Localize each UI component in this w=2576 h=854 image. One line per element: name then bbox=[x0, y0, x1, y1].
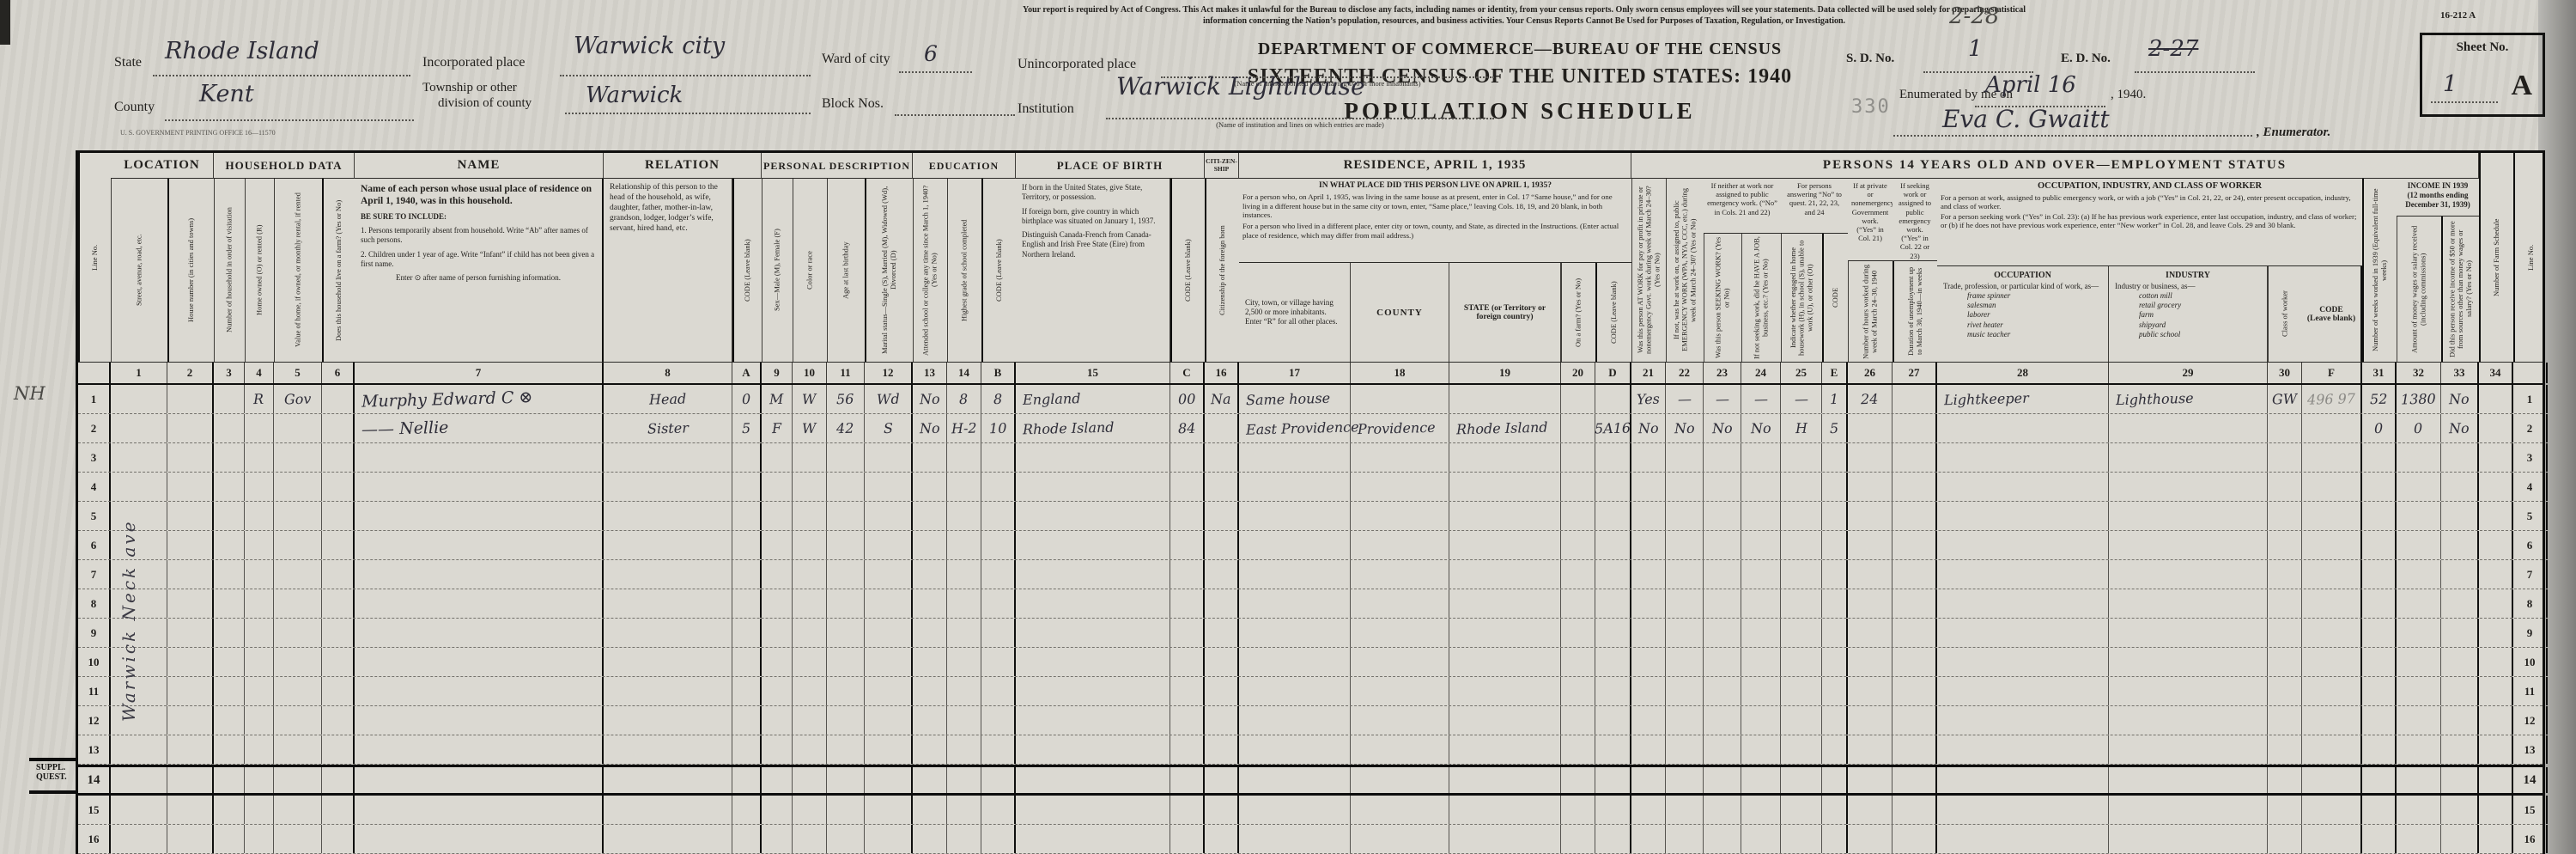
cell-cC-row1: 00 bbox=[1170, 385, 1205, 413]
cell-c34-row12 bbox=[2479, 706, 2513, 735]
col-header-line-no-right: Line No. bbox=[2513, 153, 2548, 362]
col-number-c12: 12 bbox=[865, 363, 913, 383]
cell-cA-row13 bbox=[732, 735, 762, 764]
cell-c22-row9 bbox=[1666, 619, 1704, 647]
col-number-c10: 10 bbox=[793, 363, 827, 383]
cell-cC-row14 bbox=[1170, 767, 1205, 793]
cell-c15-row13 bbox=[1016, 735, 1170, 764]
cell-c29-row4 bbox=[2109, 473, 2268, 501]
cell-lineL-row5: 5 bbox=[78, 502, 111, 530]
cell-cB-row2: 10 bbox=[981, 414, 1016, 442]
cell-c27-row10 bbox=[1893, 648, 1937, 676]
cell-c30-row6 bbox=[2268, 531, 2302, 559]
cell-c4-row3 bbox=[245, 443, 274, 472]
cell-c23-row5 bbox=[1704, 502, 1741, 530]
cell-c4-row11 bbox=[245, 677, 274, 705]
name-instructions-2: BE SURE TO INCLUDE: bbox=[361, 212, 596, 222]
cell-lineR-row9: 9 bbox=[2513, 619, 2548, 647]
cell-c15-row6 bbox=[1016, 531, 1170, 559]
cell-c28-row14 bbox=[1937, 767, 2109, 793]
cell-c8-row7 bbox=[604, 560, 732, 589]
name-instructions-3: 1. Persons temporarily absent from house… bbox=[361, 226, 596, 246]
cell-cA-row1: 0 bbox=[732, 385, 762, 413]
group-citizenship: CITI-ZEN-SHIP Citizenship of the foreign… bbox=[1205, 153, 1239, 362]
cell-c19-row13 bbox=[1449, 735, 1561, 764]
group-location-title: LOCATION bbox=[111, 153, 214, 179]
cell-c7-row16 bbox=[355, 825, 604, 853]
cell-c11-row3 bbox=[827, 443, 865, 472]
cell-c9-row2: F bbox=[762, 414, 793, 442]
cell-c31-row15 bbox=[2362, 796, 2397, 824]
cell-c12-row5 bbox=[865, 502, 913, 530]
cell-c13-row9 bbox=[913, 619, 947, 647]
cell-c31-row7 bbox=[2362, 560, 2397, 589]
col-number-c4: 4 bbox=[245, 363, 274, 383]
cell-c20-row12 bbox=[1561, 706, 1595, 735]
cell-cA-row5 bbox=[732, 502, 762, 530]
group-citizenship-title: CITI-ZEN-SHIP bbox=[1205, 153, 1239, 179]
cell-c9-row10 bbox=[762, 648, 793, 676]
cell-c16-row9 bbox=[1205, 619, 1239, 647]
cell-c30-row7 bbox=[2268, 560, 2302, 589]
col-header-county-1935: COUNTY bbox=[1351, 263, 1449, 362]
cell-c32-row5 bbox=[2397, 502, 2441, 530]
cell-c2-row16 bbox=[167, 825, 214, 853]
cell-lineR-row11: 11 bbox=[2513, 677, 2548, 705]
cell-c22-row10 bbox=[1666, 648, 1704, 676]
cell-lineL-row15: 15 bbox=[78, 796, 111, 824]
col-header-weeks-worked: Number of weeks worked in 1939 (Equivale… bbox=[2362, 179, 2397, 362]
col-header-other-income: Did this person receive income of $50 or… bbox=[2441, 217, 2479, 362]
cell-c7-row13 bbox=[355, 735, 604, 764]
cell-c7-row2: —— Nellie bbox=[355, 414, 604, 442]
cell-c10-row8 bbox=[793, 589, 827, 618]
cell-c6-row12 bbox=[322, 706, 355, 735]
cell-c27-row9 bbox=[1893, 619, 1937, 647]
cell-cF-row16 bbox=[2302, 825, 2362, 853]
cell-cD-row16 bbox=[1595, 825, 1631, 853]
township-label-2: division of county bbox=[438, 96, 532, 111]
cell-cC-row16 bbox=[1170, 825, 1205, 853]
cell-c12-row10 bbox=[865, 648, 913, 676]
cell-cB-row12 bbox=[981, 706, 1016, 735]
cell-lineL-row4: 4 bbox=[78, 473, 111, 501]
cell-c20-row5 bbox=[1561, 502, 1595, 530]
group-relation: RELATION Relationship of this person to … bbox=[604, 153, 762, 362]
col-header-street: Street, avenue, road, etc. bbox=[111, 179, 167, 362]
cell-c15-row10 bbox=[1016, 648, 1170, 676]
sheet-no-label: Sheet No. bbox=[2422, 40, 2543, 55]
cell-c7-row14 bbox=[355, 767, 604, 793]
cell-c10-row6 bbox=[793, 531, 827, 559]
col-header-code-f: CODE (Leave blank) bbox=[2302, 266, 2362, 362]
cell-c30-row16 bbox=[2268, 825, 2302, 853]
cell-cB-row10 bbox=[981, 648, 1016, 676]
cell-c21-row10 bbox=[1631, 648, 1666, 676]
cell-c20-row16 bbox=[1561, 825, 1595, 853]
cell-cC-row12 bbox=[1170, 706, 1205, 735]
cell-c6-row2 bbox=[322, 414, 355, 442]
cell-cC-row6 bbox=[1170, 531, 1205, 559]
cell-c13-row6 bbox=[913, 531, 947, 559]
cell-c4-row16 bbox=[245, 825, 274, 853]
cell-cD-row12 bbox=[1595, 706, 1631, 735]
cell-c23-row1: — bbox=[1704, 385, 1741, 413]
cell-c5-row9 bbox=[274, 619, 322, 647]
cell-lineL-row7: 7 bbox=[78, 560, 111, 589]
cell-c10-row1: W bbox=[793, 385, 827, 413]
cell-c5-row6 bbox=[274, 531, 322, 559]
cell-c7-row3 bbox=[355, 443, 604, 472]
cell-c13-row10 bbox=[913, 648, 947, 676]
cell-c27-row11 bbox=[1893, 677, 1937, 705]
cell-c13-row15 bbox=[913, 796, 947, 824]
cell-c25-row5 bbox=[1781, 502, 1822, 530]
cell-c26-row10 bbox=[1848, 648, 1893, 676]
col-header-city-1935: City, town, or village having 2,500 or m… bbox=[1239, 263, 1351, 362]
cell-c27-row1 bbox=[1893, 385, 1937, 413]
state-line bbox=[153, 74, 410, 76]
cell-c10-row9 bbox=[793, 619, 827, 647]
cell-c20-row3 bbox=[1561, 443, 1595, 472]
cell-c22-row15 bbox=[1666, 796, 1704, 824]
birthplace-instructions-1: If born in the United States, give State… bbox=[1022, 183, 1163, 203]
cell-c27-row4 bbox=[1893, 473, 1937, 501]
col-number-c31: 31 bbox=[2362, 363, 2397, 383]
cell-c29-row15 bbox=[2109, 796, 2268, 824]
cell-c7-row9 bbox=[355, 619, 604, 647]
cell-c18-row14 bbox=[1351, 767, 1449, 793]
cell-c24-row6 bbox=[1741, 531, 1781, 559]
cell-lineL-row1: 1 bbox=[78, 385, 111, 413]
cell-c32-row1: 1380 bbox=[2397, 385, 2441, 413]
cell-c6-row9 bbox=[322, 619, 355, 647]
cell-c6-row15 bbox=[322, 796, 355, 824]
cell-c14-row5 bbox=[947, 502, 981, 530]
cell-c10-row7 bbox=[793, 560, 827, 589]
cell-cB-row4 bbox=[981, 473, 1016, 501]
cell-c10-row14 bbox=[793, 767, 827, 793]
col-header-marital-status: Marital status—Single (S), Married (M), … bbox=[865, 179, 913, 362]
department-title: DEPARTMENT OF COMMERCE—BUREAU OF THE CEN… bbox=[1245, 40, 1795, 59]
cell-lineR-row12: 12 bbox=[2513, 706, 2548, 735]
cell-cE-row6 bbox=[1822, 531, 1848, 559]
cell-lineL-row16: 16 bbox=[78, 825, 111, 853]
cell-c21-row14 bbox=[1631, 767, 1666, 793]
col-number-cB: B bbox=[981, 363, 1016, 383]
cell-c20-row13 bbox=[1561, 735, 1595, 764]
table-row-6: 66 bbox=[78, 531, 2543, 560]
cell-c17-row4 bbox=[1239, 473, 1351, 501]
cell-c5-row2 bbox=[274, 414, 322, 442]
cell-c1-row14 bbox=[111, 767, 167, 793]
cell-c15-row7 bbox=[1016, 560, 1170, 589]
cell-c10-row5 bbox=[793, 502, 827, 530]
col-header-relationship: Relationship of this person to the head … bbox=[604, 179, 732, 362]
cell-c23-row4 bbox=[1704, 473, 1741, 501]
col-number-c34: 34 bbox=[2479, 363, 2513, 383]
cell-c2-row11 bbox=[167, 677, 214, 705]
cell-c6-row13 bbox=[322, 735, 355, 764]
cell-lineR-row15: 15 bbox=[2513, 796, 2548, 824]
cell-c13-row11 bbox=[913, 677, 947, 705]
group-relation-title: RELATION bbox=[604, 153, 762, 179]
col-header-farm-schedule: Number of Farm Schedule bbox=[2479, 153, 2513, 362]
cell-c34-row4 bbox=[2479, 473, 2513, 501]
cell-c5-row11 bbox=[274, 677, 322, 705]
cell-cB-row6 bbox=[981, 531, 1016, 559]
cell-c19-row6 bbox=[1449, 531, 1561, 559]
cell-c17-row15 bbox=[1239, 796, 1351, 824]
cell-c25-row12 bbox=[1781, 706, 1822, 735]
cell-cF-row14 bbox=[2302, 767, 2362, 793]
cell-c14-row10 bbox=[947, 648, 981, 676]
occupation-group-title: OCCUPATION, INDUSTRY, AND CLASS OF WORKE… bbox=[1941, 181, 2359, 192]
cell-c33-row7 bbox=[2441, 560, 2479, 589]
cell-c16-row10 bbox=[1205, 648, 1239, 676]
cell-c8-row11 bbox=[604, 677, 732, 705]
cell-c5-row15 bbox=[274, 796, 322, 824]
cell-c19-row8 bbox=[1449, 589, 1561, 618]
cell-cB-row5 bbox=[981, 502, 1016, 530]
col-number-lineL bbox=[78, 363, 111, 383]
cell-cC-row3 bbox=[1170, 443, 1205, 472]
cell-c5-row3 bbox=[274, 443, 322, 472]
cell-c4-row4 bbox=[245, 473, 274, 501]
cell-c23-row8 bbox=[1704, 589, 1741, 618]
table-row-7: 77 bbox=[78, 560, 2543, 589]
col-number-c33: 33 bbox=[2441, 363, 2479, 383]
birthplace-instructions-2: If foreign born, give country in which b… bbox=[1022, 207, 1163, 227]
col-header-sex: Sex—Male (M), Female (F) bbox=[762, 179, 793, 362]
cell-c13-row13 bbox=[913, 735, 947, 764]
col-number-c27: 27 bbox=[1893, 363, 1937, 383]
cell-c3-row11 bbox=[214, 677, 245, 705]
cell-cE-row14 bbox=[1822, 767, 1848, 793]
cell-c6-row16 bbox=[322, 825, 355, 853]
cell-c5-row14 bbox=[274, 767, 322, 793]
cell-c34-row5 bbox=[2479, 502, 2513, 530]
table-row-5: 55 bbox=[78, 502, 2543, 531]
cell-c7-row8 bbox=[355, 589, 604, 618]
cell-c23-row3 bbox=[1704, 443, 1741, 472]
cell-c32-row12 bbox=[2397, 706, 2441, 735]
subgroup-seeking-work-title: If neither at work nor assigned to publi… bbox=[1704, 179, 1781, 234]
cell-c21-row4 bbox=[1631, 473, 1666, 501]
census-sheet-scan: Your report is required by Act of Congre… bbox=[0, 0, 2576, 854]
cell-c25-row9 bbox=[1781, 619, 1822, 647]
cell-c5-row7 bbox=[274, 560, 322, 589]
cell-c8-row6 bbox=[604, 531, 732, 559]
cell-c11-row5 bbox=[827, 502, 865, 530]
cell-c20-row10 bbox=[1561, 648, 1595, 676]
cell-c31-row11 bbox=[2362, 677, 2397, 705]
township-label-1: Township or other bbox=[422, 81, 517, 95]
cell-c6-row6 bbox=[322, 531, 355, 559]
cell-c14-row8 bbox=[947, 589, 981, 618]
cell-c33-row5 bbox=[2441, 502, 2479, 530]
cell-c34-row10 bbox=[2479, 648, 2513, 676]
cell-c2-row3 bbox=[167, 443, 214, 472]
cell-c13-row3 bbox=[913, 443, 947, 472]
cell-c32-row7 bbox=[2397, 560, 2441, 589]
enumerator-signature-line bbox=[1893, 134, 2252, 137]
col-header-birthplace-block: If born in the United States, give State… bbox=[1016, 179, 1170, 362]
cell-c25-row1: — bbox=[1781, 385, 1822, 413]
cell-c9-row15 bbox=[762, 796, 793, 824]
cell-c32-row13 bbox=[2397, 735, 2441, 764]
cell-c6-row3 bbox=[322, 443, 355, 472]
cell-c21-row9 bbox=[1631, 619, 1666, 647]
cell-c11-row4 bbox=[827, 473, 865, 501]
group-employment-title: PERSONS 14 YEARS OLD AND OVER—EMPLOYMENT… bbox=[1631, 153, 2479, 179]
cell-c28-row13 bbox=[1937, 735, 2109, 764]
cell-c30-row4 bbox=[2268, 473, 2302, 501]
cell-c20-row7 bbox=[1561, 560, 1595, 589]
table-row-12: 1212 bbox=[78, 706, 2543, 735]
col-header-unemployment-duration: Duration of unemployment up to March 30,… bbox=[1893, 261, 1937, 362]
cell-lineL-row12: 12 bbox=[78, 706, 111, 735]
col-header-attended-school: Attended school or college any time sinc… bbox=[913, 179, 947, 362]
cell-c32-row4 bbox=[2397, 473, 2441, 501]
cell-c1-row13 bbox=[111, 735, 167, 764]
cell-cC-row4 bbox=[1170, 473, 1205, 501]
cell-c33-row1: No bbox=[2441, 385, 2479, 413]
cell-c6-row11 bbox=[322, 677, 355, 705]
col-header-house-number: House number (in cities and towns) bbox=[167, 179, 214, 362]
occupation-instructions-1: For a person at work, assigned to public… bbox=[1941, 193, 2359, 211]
cell-c28-row9 bbox=[1937, 619, 2109, 647]
cell-c17-row14 bbox=[1239, 767, 1351, 793]
cell-c18-row9 bbox=[1351, 619, 1449, 647]
cell-c12-row6 bbox=[865, 531, 913, 559]
col-header-name-block: Name of each person whose usual place of… bbox=[355, 179, 604, 362]
cell-c2-row15 bbox=[167, 796, 214, 824]
cell-cD-row8 bbox=[1595, 589, 1631, 618]
industry-desc: Industry or business, as— bbox=[2115, 282, 2261, 291]
cell-c7-row12 bbox=[355, 706, 604, 735]
occupation-desc: Trade, profession, or particular kind of… bbox=[1943, 282, 2102, 291]
cell-c8-row4 bbox=[604, 473, 732, 501]
subgroup-hours-worked: If at private or nonemergency Government… bbox=[1848, 179, 1893, 362]
state-value: Rhode Island bbox=[165, 38, 319, 64]
cell-c2-row5 bbox=[167, 502, 214, 530]
cell-c8-row15 bbox=[604, 796, 732, 824]
name-instructions-4: 2. Children under 1 year of age. Write “… bbox=[361, 250, 596, 270]
cell-c17-row13 bbox=[1239, 735, 1351, 764]
cell-c30-row8 bbox=[2268, 589, 2302, 618]
cell-c8-row13 bbox=[604, 735, 732, 764]
cell-cB-row1: 8 bbox=[981, 385, 1016, 413]
group-residence-1935: RESIDENCE, APRIL 1, 1935 IN WHAT PLACE D… bbox=[1239, 153, 1631, 362]
cell-c6-row10 bbox=[322, 648, 355, 676]
subgroup-income: INCOME IN 1939 (12 months ending Decembe… bbox=[2397, 179, 2479, 362]
cell-c30-row10 bbox=[2268, 648, 2302, 676]
cell-c32-row2: 0 bbox=[2397, 414, 2441, 442]
cell-c7-row11 bbox=[355, 677, 604, 705]
cell-c27-row3 bbox=[1893, 443, 1937, 472]
cell-c17-row5 bbox=[1239, 502, 1351, 530]
industry-heading: INDUSTRY bbox=[2115, 271, 2261, 282]
cell-c9-row5 bbox=[762, 502, 793, 530]
cell-cA-row12 bbox=[732, 706, 762, 735]
group-name: NAME Name of each person whose usual pla… bbox=[355, 153, 604, 362]
cell-c16-row5 bbox=[1205, 502, 1239, 530]
cell-cD-row6 bbox=[1595, 531, 1631, 559]
cell-c31-row14 bbox=[2362, 767, 2397, 793]
col-header-line-no-left: Line No. bbox=[78, 153, 111, 362]
cell-cF-row13 bbox=[2302, 735, 2362, 764]
suppl-label-line2: QUEST. bbox=[36, 772, 67, 782]
cell-c24-row3 bbox=[1741, 443, 1781, 472]
col-header-hours-worked: Number of hours worked during week of Ma… bbox=[1848, 261, 1893, 362]
cell-c33-row16 bbox=[2441, 825, 2479, 853]
enumerator-signature: Eva C. Gwaitt bbox=[1942, 105, 2110, 133]
cell-c16-row16 bbox=[1205, 825, 1239, 853]
col-number-c1: 1 bbox=[111, 363, 167, 383]
cell-c27-row7 bbox=[1893, 560, 1937, 589]
cell-c28-row5 bbox=[1937, 502, 2109, 530]
institution-line bbox=[1106, 117, 1494, 119]
col-number-c19: 19 bbox=[1449, 363, 1561, 383]
cell-c29-row10 bbox=[2109, 648, 2268, 676]
cell-c13-row4 bbox=[913, 473, 947, 501]
cell-c14-row12 bbox=[947, 706, 981, 735]
privacy-notice: Your report is required by Act of Congre… bbox=[1018, 5, 2031, 27]
cell-c21-row16 bbox=[1631, 825, 1666, 853]
cell-c23-row9 bbox=[1704, 619, 1741, 647]
cell-c32-row8 bbox=[2397, 589, 2441, 618]
cell-c12-row3 bbox=[865, 443, 913, 472]
table-row-2: 2—— NellieSister5FW42SNoH-210Rhode Islan… bbox=[78, 414, 2543, 443]
cell-c2-row1 bbox=[167, 385, 214, 413]
cell-c13-row2: No bbox=[913, 414, 947, 442]
cell-c8-row14 bbox=[604, 767, 732, 793]
cell-c19-row2: Rhode Island bbox=[1449, 414, 1561, 442]
table-row-8: 88 bbox=[78, 589, 2543, 619]
cell-c3-row15 bbox=[214, 796, 245, 824]
col-number-c25: 25 bbox=[1781, 363, 1822, 383]
cell-c24-row7 bbox=[1741, 560, 1781, 589]
cell-cD-row15 bbox=[1595, 796, 1631, 824]
cell-c15-row4 bbox=[1016, 473, 1170, 501]
cell-cE-row16 bbox=[1822, 825, 1848, 853]
cell-c22-row13 bbox=[1666, 735, 1704, 764]
cell-c22-row1: — bbox=[1666, 385, 1704, 413]
cell-c32-row10 bbox=[2397, 648, 2441, 676]
cell-c10-row15 bbox=[793, 796, 827, 824]
cell-cD-row13 bbox=[1595, 735, 1631, 764]
col-number-c28: 28 bbox=[1937, 363, 2109, 383]
cell-c26-row1: 24 bbox=[1848, 385, 1893, 413]
col-number-c23: 23 bbox=[1704, 363, 1741, 383]
cell-c1-row16 bbox=[111, 825, 167, 853]
cell-c24-row11 bbox=[1741, 677, 1781, 705]
col-number-cA: A bbox=[732, 363, 762, 383]
institution-label: Institution bbox=[1018, 101, 1074, 117]
suppl-label-line1: SUPPL. bbox=[36, 763, 67, 772]
cell-c29-row8 bbox=[2109, 589, 2268, 618]
cell-c13-row12 bbox=[913, 706, 947, 735]
cell-c16-row12 bbox=[1205, 706, 1239, 735]
cell-cB-row9 bbox=[981, 619, 1016, 647]
cell-c20-row4 bbox=[1561, 473, 1595, 501]
group-education-title: EDUCATION bbox=[913, 153, 1016, 179]
cell-lineR-row14: 14 bbox=[2513, 767, 2548, 793]
cell-c2-row2 bbox=[167, 414, 214, 442]
cell-c33-row2: No bbox=[2441, 414, 2479, 442]
cell-c3-row3 bbox=[214, 443, 245, 472]
